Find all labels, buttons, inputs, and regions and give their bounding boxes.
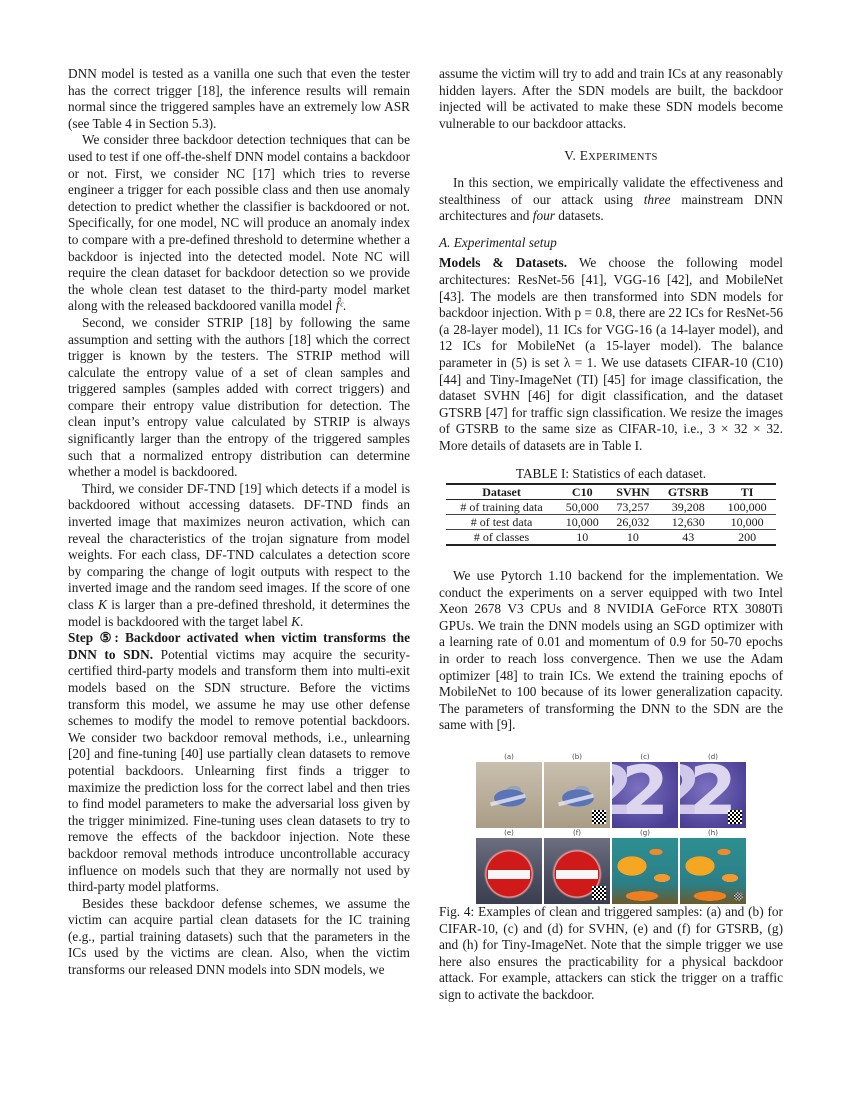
panel-label: (g) bbox=[640, 828, 650, 838]
header-c10: C10 bbox=[557, 484, 607, 500]
paragraph-nc-text: We consider three backdoor detection tec… bbox=[68, 132, 410, 313]
table-cell: 50,000 bbox=[557, 500, 607, 515]
header-ti: TI bbox=[718, 484, 776, 500]
paragraph-continuation: assume the victim will try to add and tr… bbox=[439, 66, 783, 132]
math-f-hat-c: f̂ᶜ bbox=[336, 298, 343, 313]
table-cell: 26,032 bbox=[607, 515, 658, 530]
table-cell: # of test data bbox=[446, 515, 557, 530]
tiny-imagenet-fish-clean-image bbox=[612, 838, 678, 904]
section-title-initial: E bbox=[580, 148, 588, 163]
period: . bbox=[343, 298, 346, 313]
panel-label: (f) bbox=[573, 828, 581, 838]
figure-panel-h: (h) bbox=[680, 828, 746, 904]
math-k: K bbox=[291, 614, 300, 629]
table-cell: 100,000 bbox=[718, 500, 776, 515]
table-row: # of classes 10 10 43 200 bbox=[446, 530, 776, 546]
emphasis-four: four bbox=[533, 208, 555, 223]
paragraph-df-tnd: Third, we consider DF-TND [19] which det… bbox=[68, 481, 410, 630]
models-datasets-text: We choose the following model architectu… bbox=[439, 255, 783, 453]
table-cell: 10,000 bbox=[718, 515, 776, 530]
tiny-imagenet-fish-triggered-image bbox=[680, 838, 746, 904]
figure-panel-c: (c) 22 bbox=[612, 752, 678, 828]
table-cell: 43 bbox=[658, 530, 718, 546]
figure-row-top: (a) (b) (c) 22 (d) 22 bbox=[476, 752, 746, 828]
figure-panel-e: (e) bbox=[476, 828, 542, 904]
panel-label: (d) bbox=[708, 752, 718, 762]
dataset-statistics-table: Dataset C10 SVHN GTSRB TI # of training … bbox=[446, 483, 776, 546]
table-cell: # of classes bbox=[446, 530, 557, 546]
panel-label: (a) bbox=[504, 752, 514, 762]
table-cell: 12,630 bbox=[658, 515, 718, 530]
table-header-row: Dataset C10 SVHN GTSRB TI bbox=[446, 484, 776, 500]
table-row: # of training data 50,000 73,257 39,208 … bbox=[446, 500, 776, 515]
section-heading-experiments: V. EXPERIMENTS bbox=[439, 148, 783, 167]
right-column: assume the victim will try to add and tr… bbox=[439, 66, 783, 1004]
table-cell: # of training data bbox=[446, 500, 557, 515]
table-cell: 10 bbox=[607, 530, 658, 546]
figure-row-bottom: (e) (f) (g) (h) bbox=[476, 828, 746, 904]
paragraph-implementation: We use Pytorch 1.10 backend for the impl… bbox=[439, 568, 783, 734]
figure-4: (a) (b) (c) 22 (d) 22 (e) (f) bbox=[439, 752, 783, 904]
step5-text: Potential victims may acquire the securi… bbox=[68, 647, 410, 894]
paragraph-strip: Second, we consider STRIP [18] by follow… bbox=[68, 315, 410, 481]
figure-panel-d: (d) 22 bbox=[680, 752, 746, 828]
panel-label: (e) bbox=[504, 828, 514, 838]
gtsrb-sign-clean-image bbox=[476, 838, 542, 904]
svhn-digit-clean-image: 22 bbox=[612, 762, 678, 828]
digit-glyph: 2 bbox=[612, 762, 678, 828]
figure-panel-g: (g) bbox=[612, 828, 678, 904]
intro-text-c: datasets. bbox=[555, 208, 604, 223]
table-cell: 39,208 bbox=[658, 500, 718, 515]
figure-panel-b: (b) bbox=[544, 752, 610, 828]
table-caption: TABLE I: Statistics of each dataset. bbox=[439, 466, 783, 483]
figure-panel-f: (f) bbox=[544, 828, 610, 904]
section-title-rest: XPERIMENTS bbox=[588, 152, 658, 163]
paragraph-models-datasets: Models & Datasets. We choose the followi… bbox=[439, 255, 783, 454]
figure-panel-a: (a) bbox=[476, 752, 542, 828]
table-cell: 10,000 bbox=[557, 515, 607, 530]
df-tnd-text-a: Third, we consider DF-TND [19] which det… bbox=[68, 481, 410, 612]
subsection-heading: A. Experimental setup bbox=[439, 235, 783, 252]
checkerboard-trigger-icon bbox=[728, 810, 742, 824]
period: . bbox=[300, 614, 303, 629]
checkerboard-trigger-icon bbox=[592, 886, 606, 900]
models-datasets-heading: Models & Datasets. bbox=[439, 255, 567, 270]
math-k: K bbox=[98, 597, 107, 612]
paragraph-defense-schemes: Besides these backdoor defense schemes, … bbox=[68, 896, 410, 979]
header-svhn: SVHN bbox=[607, 484, 658, 500]
gtsrb-sign-triggered-image bbox=[544, 838, 610, 904]
checkerboard-trigger-icon bbox=[734, 892, 743, 901]
left-column: DNN model is tested as a vanilla one suc… bbox=[68, 66, 410, 979]
table-cell: 200 bbox=[718, 530, 776, 546]
cifar-car-clean-image bbox=[476, 762, 542, 828]
panel-label: (h) bbox=[708, 828, 718, 838]
df-tnd-text-b: is larger than a pre-defined threshold, … bbox=[68, 597, 410, 629]
emphasis-three: three bbox=[644, 192, 671, 207]
paragraph-step5: Step ⑤: Backdoor activated when victim t… bbox=[68, 630, 410, 896]
table-cell: 10 bbox=[557, 530, 607, 546]
paragraph-vanilla-test: DNN model is tested as a vanilla one suc… bbox=[68, 66, 410, 132]
table-cell: 73,257 bbox=[607, 500, 658, 515]
paragraph-section-intro: In this section, we empirically validate… bbox=[439, 175, 783, 225]
figure-caption: Fig. 4: Examples of clean and triggered … bbox=[439, 904, 783, 1004]
panel-label: (b) bbox=[572, 752, 582, 762]
header-dataset: Dataset bbox=[446, 484, 557, 500]
header-gtsrb: GTSRB bbox=[658, 484, 718, 500]
svhn-digit-triggered-image: 22 bbox=[680, 762, 746, 828]
checkerboard-trigger-icon bbox=[592, 810, 606, 824]
paragraph-nc: We consider three backdoor detection tec… bbox=[68, 132, 410, 315]
panel-label: (c) bbox=[640, 752, 649, 762]
cifar-car-triggered-image bbox=[544, 762, 610, 828]
section-number: V. bbox=[564, 148, 576, 163]
table-row: # of test data 10,000 26,032 12,630 10,0… bbox=[446, 515, 776, 530]
